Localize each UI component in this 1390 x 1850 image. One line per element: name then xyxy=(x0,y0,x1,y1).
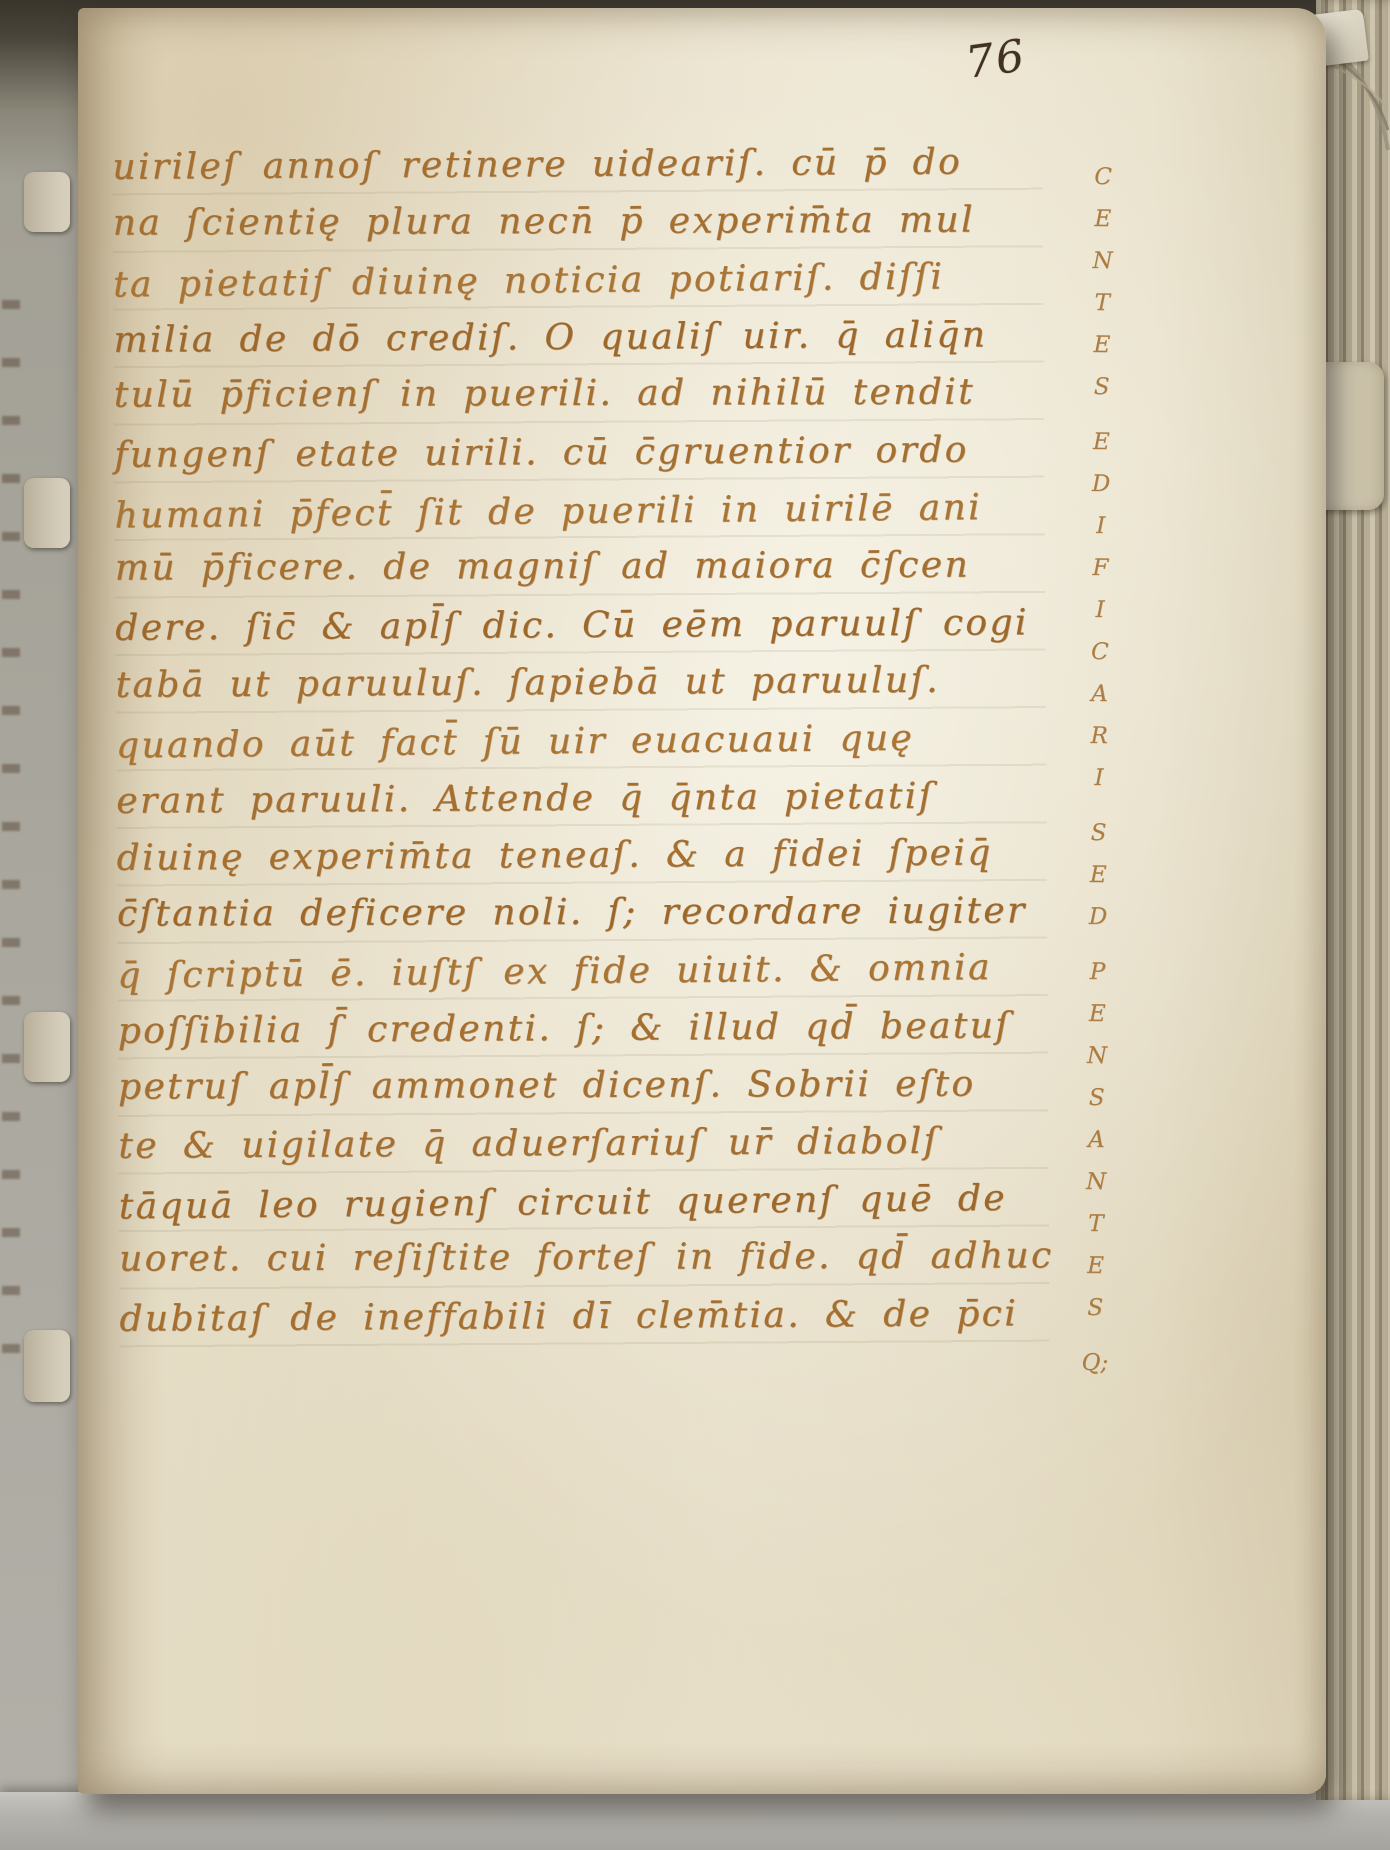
manuscript-text-line: petruſ apl̄ſ ammonet dicenſ. Sobrii eſto xyxy=(118,1055,1048,1116)
binding-tab xyxy=(24,478,70,548)
manuscript-text-line: uirileſ annoſ retinere uideariſ. cū p̄ d… xyxy=(112,133,1042,196)
manuscript-text-line: dere. ſic̄ & apl̄ſ dic. Cū eēm paruulſ c… xyxy=(115,594,1045,657)
binding-tab xyxy=(24,1330,70,1402)
manuscript-text-line: erant paruuli. Attende q̄ q̄nta pietatiſ xyxy=(116,767,1046,830)
marginal-letter: C xyxy=(1091,631,1109,673)
manuscript-text-line: uoret. cui reſiſtite forteſ in fide. qd̄… xyxy=(119,1228,1049,1289)
marginal-letter: R xyxy=(1090,715,1108,757)
marginal-letter: E xyxy=(1090,854,1107,896)
fore-edge-page-stack xyxy=(1316,0,1390,1800)
manuscript-text-line: ta pietatiſ diuinę noticia potiariſ. diſ… xyxy=(113,248,1044,315)
manuscript-text-line: tulū p̄ficienſ in puerili. ad nihilū ten… xyxy=(114,364,1044,425)
binding-tab xyxy=(24,1012,70,1082)
fore-edge-tab xyxy=(1318,362,1384,510)
marginal-letter: F xyxy=(1092,547,1108,589)
marginal-letter: S xyxy=(1094,366,1110,408)
marginal-letter: E xyxy=(1094,198,1111,240)
table-surface xyxy=(0,1792,1390,1850)
manuscript-text-line: milia de dō crediſ. O qualiſ uir. q̄ ali… xyxy=(113,306,1043,369)
marginal-letter: I xyxy=(1094,757,1103,799)
underleaf-text-fragments xyxy=(2,300,20,1380)
manuscript-text-line: poſſibilia ſ̄ credenti. ſ; & illud qd̄ b… xyxy=(118,997,1048,1060)
marginal-letter: I xyxy=(1095,589,1104,631)
marginal-letter: D xyxy=(1089,896,1108,938)
manuscript-text-line: na ſcientię plura necn̄ p̄ experim̄ta mu… xyxy=(113,191,1043,252)
marginal-letter: E xyxy=(1093,421,1110,463)
marginal-gloss-column: C E N T E S E D I F I xyxy=(1074,156,1125,1384)
marginal-letter: P xyxy=(1090,951,1106,993)
marginal-letter: C xyxy=(1094,156,1112,198)
marginal-letter: I xyxy=(1096,505,1105,547)
marginal-letter: Q; xyxy=(1081,1342,1108,1384)
marginal-letter: T xyxy=(1094,282,1110,324)
manuscript-page: 76 uirileſ annoſ retinere uideariſ. cū p… xyxy=(78,8,1326,1794)
marginal-letter: A xyxy=(1091,673,1108,715)
photograph-backdrop: 76 uirileſ annoſ retinere uideariſ. cū p… xyxy=(0,0,1390,1850)
binding-tab xyxy=(24,172,70,232)
marginal-letter: E xyxy=(1093,324,1110,366)
manuscript-text-line: diuinę experim̄ta teneaſ. & a fidei ſpei… xyxy=(117,824,1047,887)
folio-number: 76 xyxy=(963,30,1030,89)
marginal-letter: N xyxy=(1087,1035,1107,1077)
manuscript-text-line: humani p̄fect̄ ſit de puerili in uirilē … xyxy=(114,478,1045,545)
marginal-letter: S xyxy=(1087,1287,1103,1329)
manuscript-text-line: te & uigilate q̄ aduerſariuſ ur̄ diabolſ xyxy=(118,1112,1048,1175)
marginal-letter: N xyxy=(1092,240,1112,282)
manuscript-text-line: mū p̄ficere. de magniſ ad maiora c̄ſcen xyxy=(115,537,1045,598)
marginal-letter: N xyxy=(1086,1161,1106,1203)
marginal-letter: S xyxy=(1091,812,1107,854)
manuscript-text-line: c̄ſtantia deficere noli. ſ; recordare iu… xyxy=(117,882,1047,943)
manuscript-text-line: fungenſ etate uirili. cū c̄gruentior ord… xyxy=(114,421,1044,484)
manuscript-text-line: dubitaſ de ineffabili dī clem̄tia. & de … xyxy=(119,1285,1049,1348)
marginal-letter: A xyxy=(1088,1119,1105,1161)
marginal-letter: E xyxy=(1087,1245,1104,1287)
marginal-letter: S xyxy=(1089,1077,1105,1119)
main-text-block: uirileſ annoſ retinere uideariſ. cū p̄ d… xyxy=(112,133,1049,1348)
manuscript-text-line: tāquā leo rugienſ circuit querenſ quē de xyxy=(119,1169,1050,1236)
manuscript-text-line: quando aūt fact̄ ſū uir euacuaui quę xyxy=(116,708,1047,775)
marginal-letter: E xyxy=(1089,993,1106,1035)
marginal-letter: T xyxy=(1088,1203,1104,1245)
marginal-letter: D xyxy=(1092,463,1111,505)
manuscript-text-line: tabā ut paruuluſ. ſapiebā ut paruuluſ. xyxy=(115,652,1045,715)
manuscript-text-line: q̄ ſcriptū ē. iuſtſ ex fide uiuit. & omn… xyxy=(117,939,1048,1006)
